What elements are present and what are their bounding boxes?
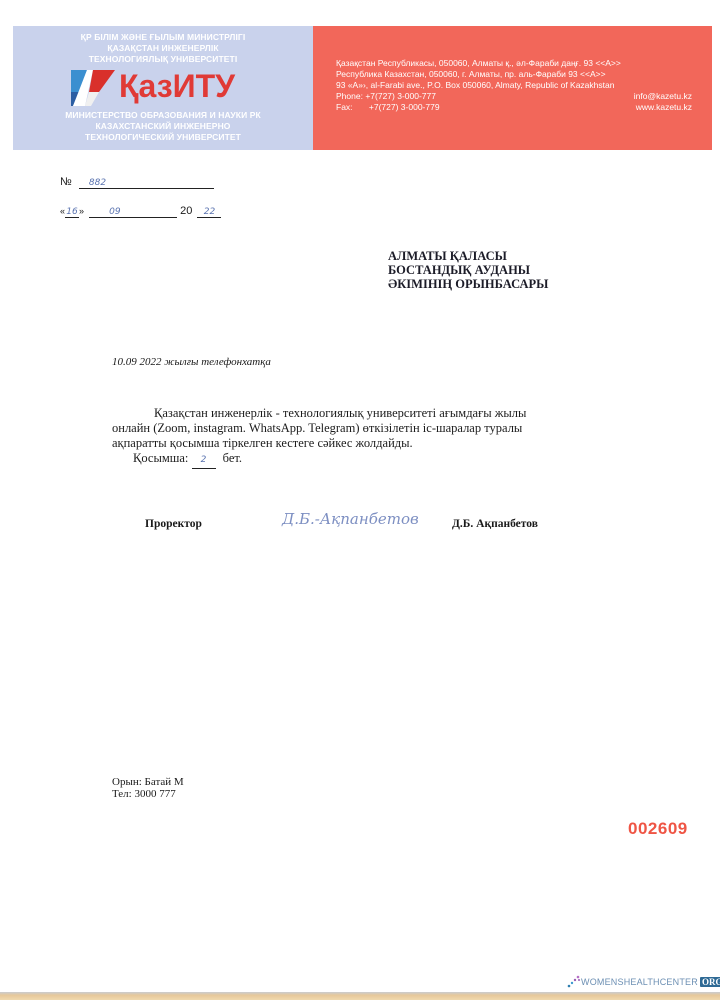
- phone-label: Phone:: [336, 91, 363, 101]
- addressee-line-1: АЛМАТЫ ҚАЛАСЫ: [388, 249, 548, 263]
- logo-flag-icon: [69, 70, 119, 110]
- ministry-kz-line: ҚР БІЛІМ ЖӘНЕ ҒЫЛЫМ МИНИСТРЛІГІ: [13, 32, 313, 42]
- handwritten-signature: Д.Б.-Ақпанбетов: [282, 510, 419, 528]
- watermark-text: WOMENSHEALTHCENTER: [581, 977, 698, 987]
- year-value: 22: [204, 207, 215, 217]
- reference-number-row: № 882: [60, 176, 214, 189]
- body-line-3: ақпаратты қосымша тіркелген кестеге сәйк…: [112, 436, 572, 451]
- attachment-line: Қосымша: 2 бет.: [112, 451, 572, 469]
- month-field: 09: [89, 205, 177, 218]
- signatory-title: Проректор: [145, 518, 202, 530]
- year-prefix: 20: [180, 205, 192, 217]
- address-ru: Республика Казахстан, 050060, г. Алматы,…: [336, 69, 692, 79]
- address-kz: Қазақстан Республикасы, 050060, Алматы қ…: [336, 58, 692, 68]
- addressee-line-2: БОСТАНДЫҚ АУДАНЫ: [388, 263, 548, 277]
- address-en: 93 «А»›, al-Farabi ave., P.O. Box 050060…: [336, 80, 692, 90]
- kazitu-logo: ҚазИТУ: [69, 70, 249, 110]
- letterhead-left-panel: ҚР БІЛІМ ЖӘНЕ ҒЫЛЫМ МИНИСТРЛІГІ ҚАЗАҚСТА…: [13, 26, 313, 150]
- body-line-1: Қазақстан инженерлік - технологиялық уни…: [112, 406, 572, 421]
- day-field: 16: [65, 205, 79, 218]
- dots-logo-icon: [567, 975, 581, 989]
- phone-line: Phone: +7(727) 3-000-777 info@kazetu.kz: [336, 91, 692, 101]
- logo-text: ҚазИТУ: [119, 68, 235, 105]
- executor-block: Орын: Батай М Тел: 3000 777: [112, 776, 184, 800]
- university-kz-line-1: ҚАЗАҚСТАН ИНЖЕНЕРЛІК: [13, 43, 313, 53]
- university-ru-line-2: ТЕХНОЛОГИЧЕСКИЙ УНИВЕРСИТЕТ: [13, 132, 313, 142]
- month-value: 09: [109, 207, 120, 217]
- attachment-label: Қосымша:: [133, 451, 188, 465]
- number-label: №: [60, 176, 72, 188]
- attachment-pages-field: 2: [192, 451, 216, 469]
- document-serial-number: 002609: [628, 819, 688, 839]
- university-ru-line-1: КАЗАХСТАНСКИЙ ИНЖЕНЕРНО: [13, 121, 313, 131]
- letterhead-right-panel: Қазақстан Республикасы, 050060, Алматы қ…: [313, 26, 712, 150]
- phone-value: +7(727) 3-000-777: [365, 91, 436, 101]
- day-value: 16: [66, 207, 77, 217]
- number-field: 882: [79, 176, 214, 189]
- date-row: «16» 09 20 22: [60, 205, 221, 218]
- watermark: WOMENSHEALTHCENTER ORG: [567, 975, 720, 989]
- body-line-2: онлайн (Zoom, instagram. WhatsApp. Teleg…: [112, 421, 572, 436]
- addressee-line-3: ӘКІМІНІҢ ОРЫНБАСАРЫ: [388, 277, 548, 291]
- email-link[interactable]: info@kazetu.kz: [634, 91, 692, 101]
- fax-label: Fax:: [336, 102, 353, 112]
- addressee-block: АЛМАТЫ ҚАЛАСЫ БОСТАНДЫҚ АУДАНЫ ӘКІМІНІҢ …: [388, 249, 548, 291]
- ministry-ru-line: МИНИСТЕРСТВО ОБРАЗОВАНИЯ И НАУКИ РК: [13, 110, 313, 120]
- body-paragraph: Қазақстан инженерлік - технологиялық уни…: [112, 406, 572, 469]
- attachment-pages: 2: [201, 455, 207, 465]
- university-kz-line-2: ТЕХНОЛОГИЯЛЫҚ УНИВЕРСИТЕТІ: [13, 54, 313, 64]
- year-field: 22: [197, 205, 221, 218]
- executor-phone: Тел: 3000 777: [112, 788, 184, 800]
- attachment-unit: бет.: [223, 451, 242, 465]
- footer-bar: [0, 992, 720, 1000]
- fax-value: +7(727) 3-000-779: [369, 102, 440, 112]
- fax-line: Fax: +7(727) 3-000-779 www.kazetu.kz: [336, 102, 692, 112]
- signatory-name: Д.Б. Ақпанбетов: [452, 518, 538, 530]
- executor-name: Орын: Батай М: [112, 776, 184, 788]
- website-link[interactable]: www.kazetu.kz: [636, 102, 692, 112]
- subject-line: 10.09 2022 жылғы телефонхатқа: [112, 356, 271, 368]
- watermark-org-badge: ORG: [700, 977, 720, 987]
- number-value: 882: [89, 178, 106, 188]
